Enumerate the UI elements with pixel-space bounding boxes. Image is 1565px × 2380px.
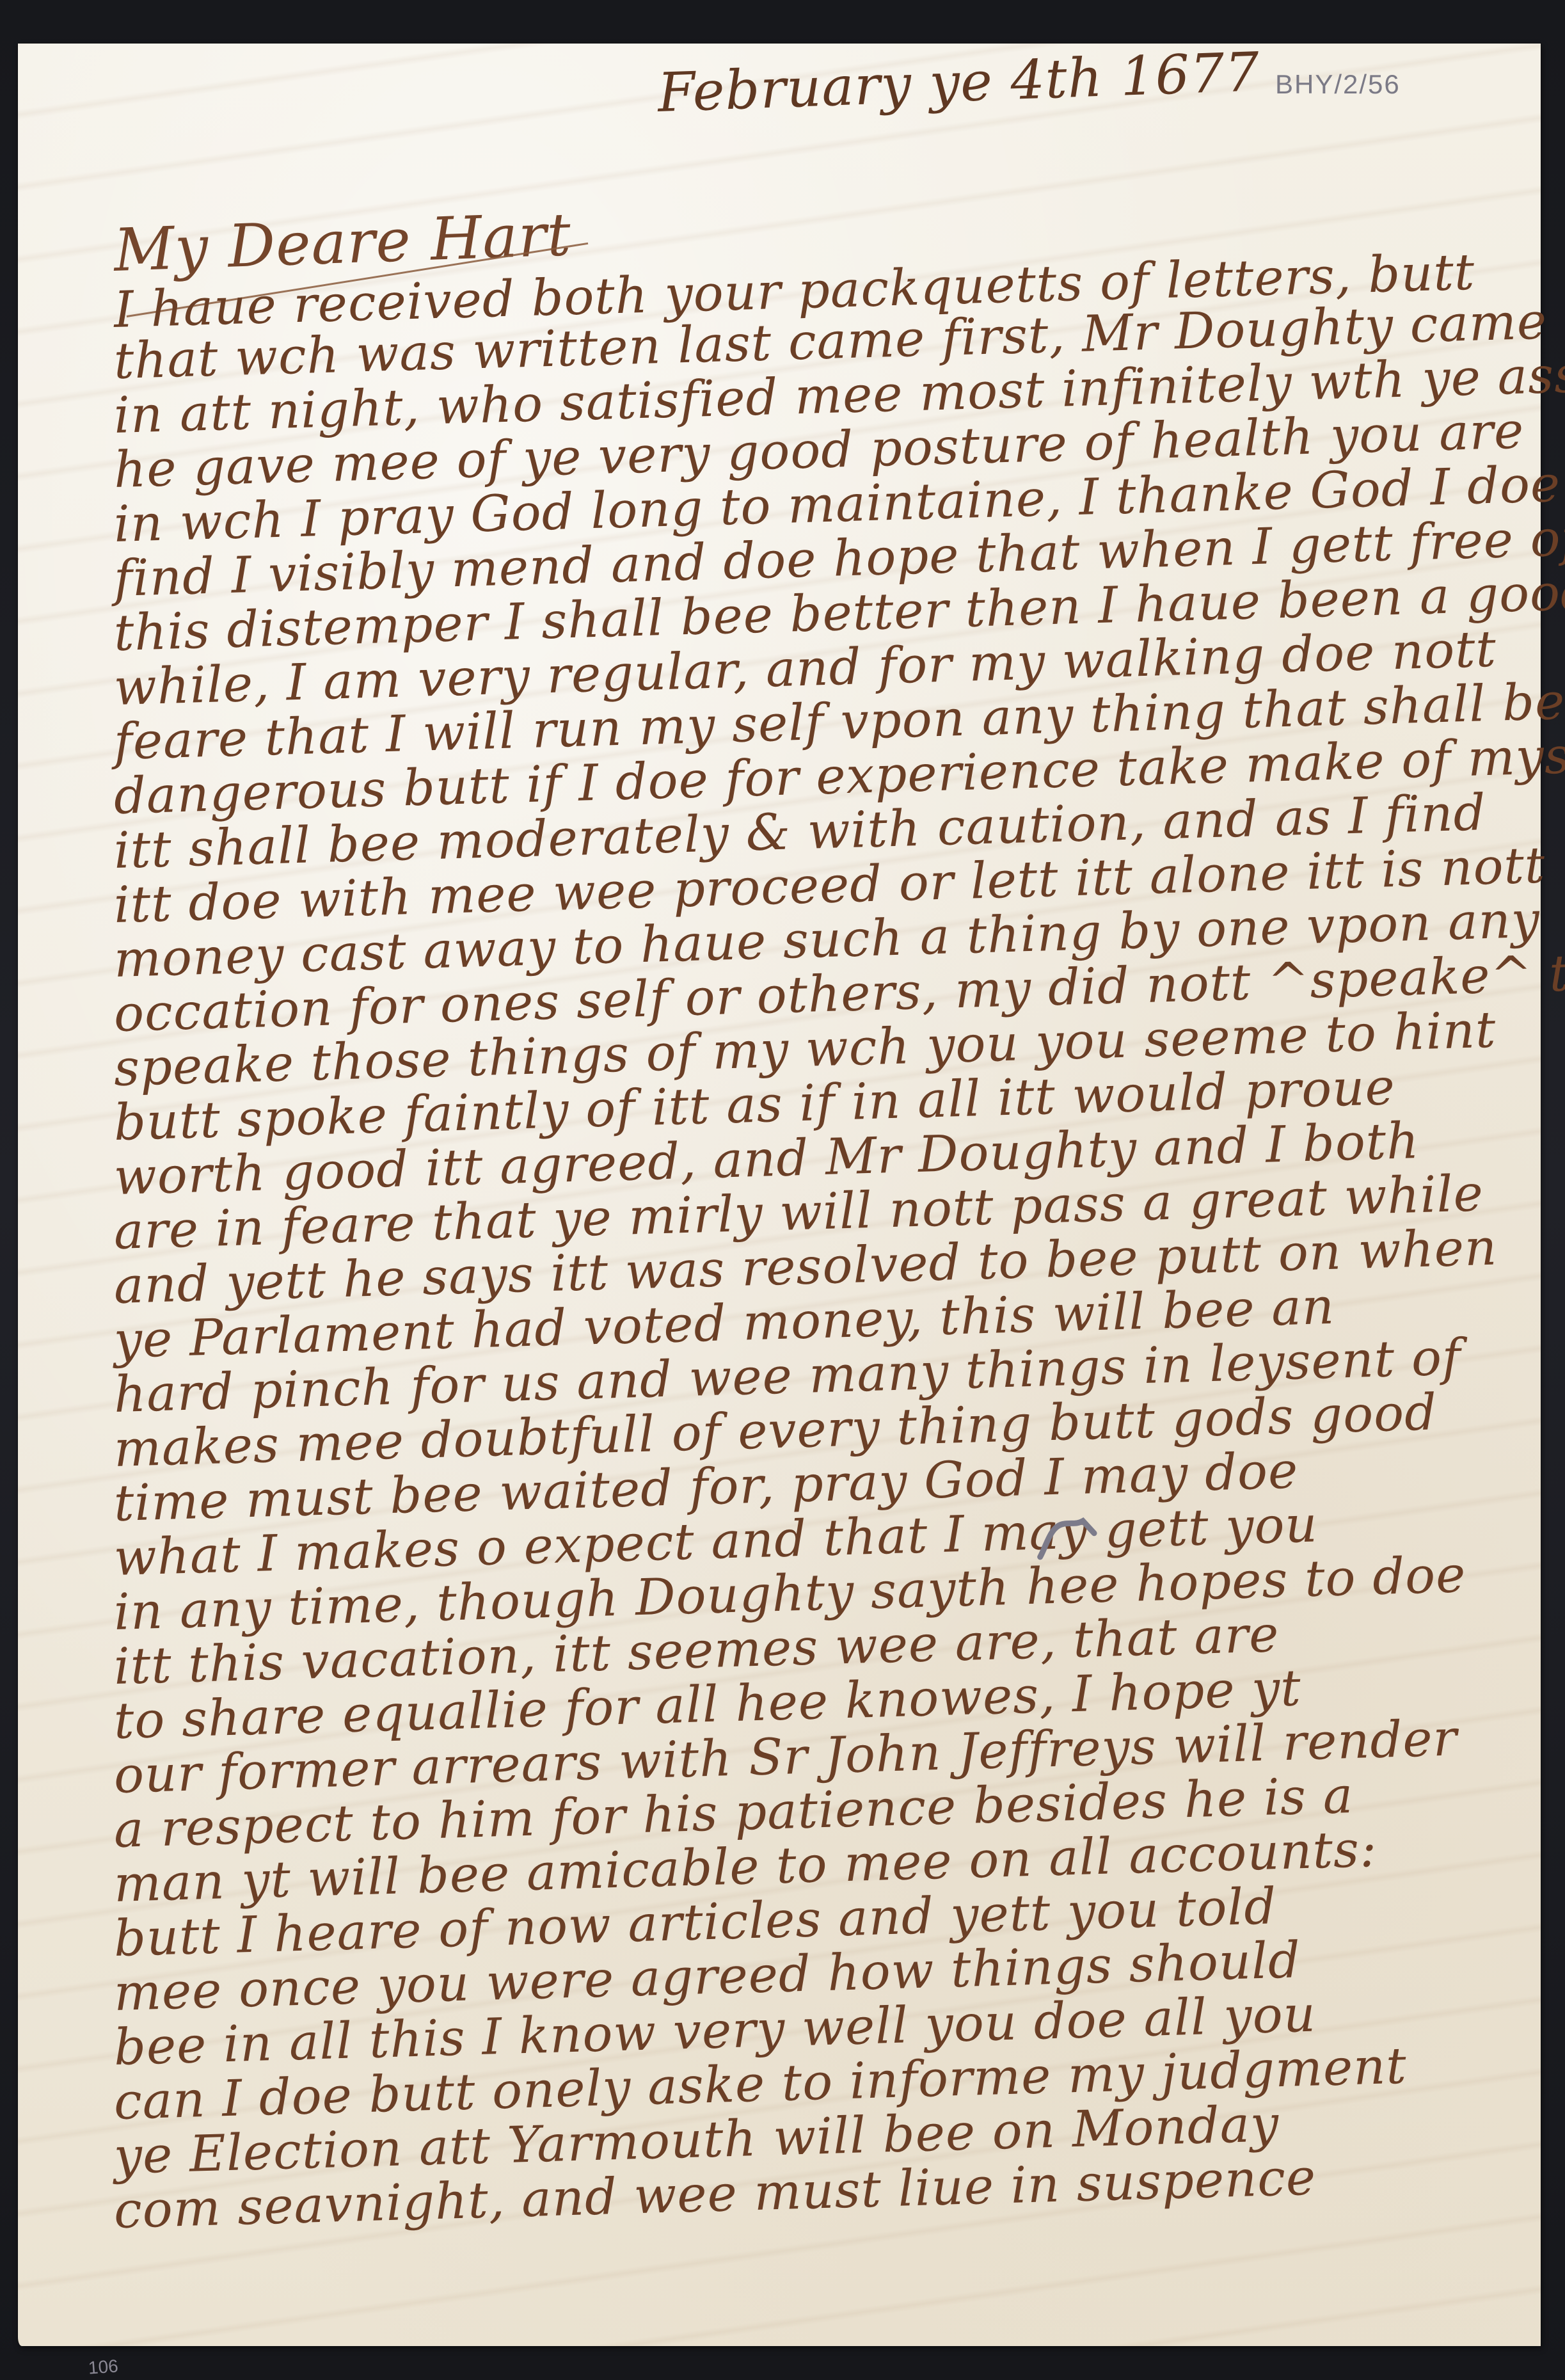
letter-page: February ye 4th 1677 BHY/2/56 My Deare H… bbox=[18, 44, 1541, 2346]
archive-shelfmark: BHY/2/56 bbox=[1275, 69, 1401, 100]
folio-number: 106 bbox=[88, 2356, 119, 2378]
letter-dateline: February ye 4th 1677 bbox=[656, 40, 1260, 124]
